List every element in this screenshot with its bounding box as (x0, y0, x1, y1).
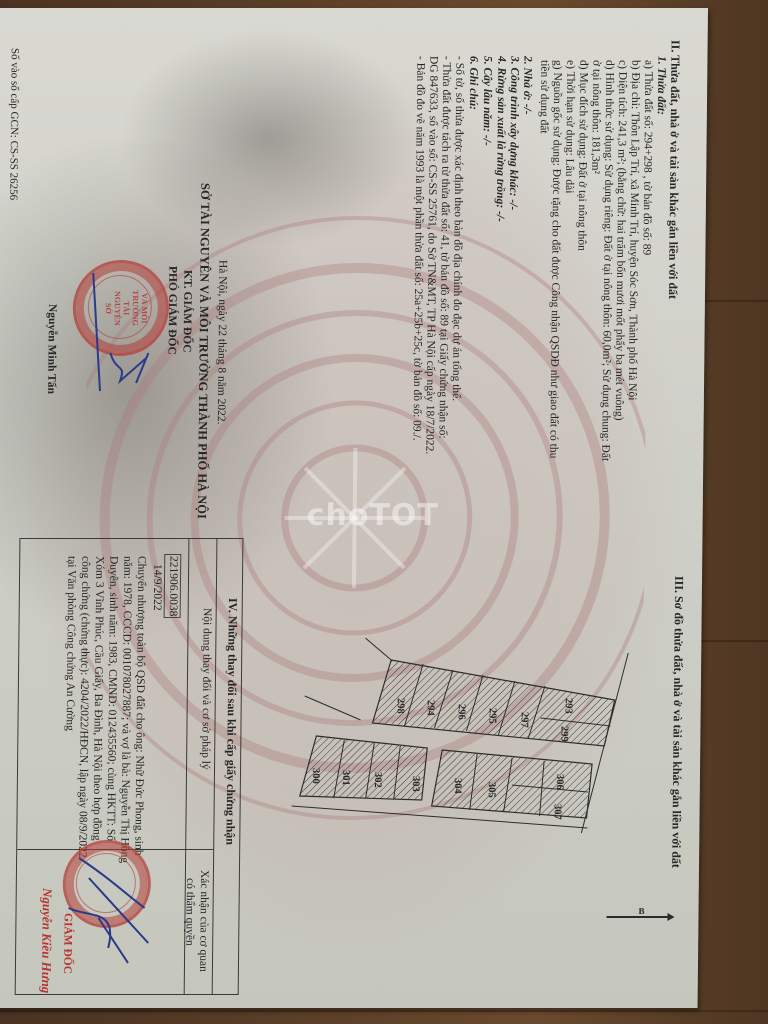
kt-title: KT. GIÁM ĐỐC (179, 270, 193, 353)
parcel-label: 303 (410, 776, 421, 792)
parcel-label: 300 (310, 768, 321, 784)
land-heading: 1. Thửa đất: (654, 56, 668, 115)
parcel-label: 295 (487, 708, 498, 724)
parcel-label: 294 (425, 700, 436, 716)
parcel-label: 305 (486, 782, 497, 798)
land-line: ở tại nông thôn: 181,3m² (588, 60, 602, 174)
wood-grain (0, 1010, 768, 1012)
parcel-label: 301 (340, 770, 351, 786)
parcel-label: 304 (452, 778, 463, 794)
land-line: tiền sử dụng đất (536, 60, 550, 134)
land-line: a) Thửa đất số: 294+298 , tờ bản đồ số: … (639, 60, 654, 255)
signer-name: Nguyễn Minh Tấn (44, 304, 58, 394)
approval-signer: Nguyễn Kiều Hưng (40, 888, 54, 993)
signature-mark (86, 263, 167, 403)
section-2-title: II. Thửa đất, nhà ở và tài sản khác gắn … (666, 40, 682, 299)
table-header-confirm: có thẩm quyền (182, 878, 196, 946)
table-header-confirm: Xác nhận của cơ quan (196, 870, 210, 972)
parcel-label: 306 (554, 774, 565, 790)
table-header-changes: Nội dung thay đổi và cơ sở pháp lý (198, 608, 213, 770)
certificate-page: II. Thửa đất, nhà ở và tài sản khác gắn … (0, 8, 708, 1008)
parcel-label: 297 (518, 712, 529, 728)
construction-line: 3. Công trình xây dựng khác: -/- (506, 56, 521, 210)
entry-line: tại Văn phòng Công chứng An Cường (62, 556, 77, 731)
register-number: Số vào sổ cấp GCN: CS-SS 26256 (6, 48, 21, 200)
chotot-watermark: choTOT (307, 498, 440, 533)
entry-id: 221906.0038 (164, 554, 182, 618)
house-line: 2. Nhà ở: -/- (520, 56, 534, 115)
plot-map (281, 628, 653, 838)
perennial-line: 5. Cây lâu năm: -/- (479, 56, 493, 146)
parcel-label: 307 (551, 804, 562, 820)
section-3-title: III. Sơ đồ thửa đất, nhà ở và tài sản kh… (669, 576, 685, 868)
entry-date: 14/9/2022 (150, 564, 164, 611)
parcel-label: 296 (456, 704, 467, 720)
approval-role: GIÁM ĐỐC (60, 913, 74, 974)
forest-line: 4. Rừng sản xuất là rừng trồng: -/- (493, 56, 508, 222)
parcel-label: 293 (563, 698, 574, 714)
land-line: e) Thời hạn sử dụng: Lâu dài (562, 60, 577, 193)
notes-heading: 6. Ghi chú: (466, 56, 480, 110)
land-line: đ) Mục đích sử dụng: Đất ở tại nông thôn (574, 60, 589, 251)
parcel-label: 298 (395, 698, 406, 714)
parcel-label: 302 (372, 772, 383, 788)
place-date: Hà Nội, ngày 22 tháng 8 năm 2022. (214, 260, 229, 425)
parcel-label: 299 (558, 726, 569, 742)
north-label: B (638, 906, 644, 916)
north-arrow-icon (606, 916, 672, 918)
section-4-title: IV. Những thay đổi sau khi cấp giấy chứn… (223, 598, 239, 845)
agency-name: SỞ TÀI NGUYÊN VÀ MÔI TRƯỜNG THÀNH PHỐ HÀ… (195, 183, 212, 519)
